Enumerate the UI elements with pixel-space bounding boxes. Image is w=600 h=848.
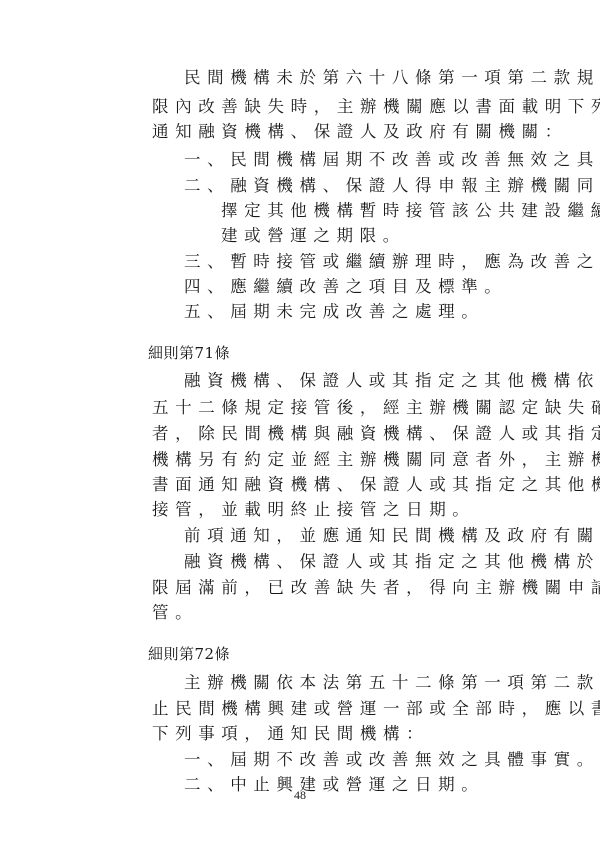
paragraph-line: 機構另有約定並經主辦機關同意者外，主辦機關應以 (152, 449, 532, 471)
paragraph-line: 接管，並載明終止接管之日期。 (152, 499, 532, 521)
paragraph-line: 者，除民間機構與融資機構、保證人或其指定之其他 (152, 423, 532, 445)
page-number: 48 (0, 788, 600, 803)
paragraph-line: 書面通知融資機構、保證人或其指定之其他機構終止 (152, 474, 532, 496)
document-page: 民間機構未於第六十八條第一項第二款規定之期 限內改善缺失時，主辦機關應以書面載明… (0, 0, 600, 848)
list-item: 三、暫時接管或繼續辦理時，應為改善之期限。 (184, 251, 564, 273)
paragraph-line: 管。 (152, 602, 532, 624)
list-item: 一、屆期不改善或改善無效之具體事實。 (184, 749, 564, 771)
paragraph-line: 五十二條規定接管後，經主辦機關認定缺失確已改善 (152, 397, 532, 419)
paragraph-line: 前項通知，並應通知民間機構及政府有關機關。 (184, 525, 564, 547)
paragraph-line: 主辦機關依本法第五十二條第一項第二款規定中 (184, 672, 564, 694)
article-heading: 細則第72條 (148, 644, 230, 664)
paragraph-line: 民間機構未於第六十八條第一項第二款規定之期 (184, 67, 564, 89)
paragraph-line: 限內改善缺失時，主辦機關應以書面載明下列事項， (152, 96, 532, 118)
list-item: 五、屆期未完成改善之處理。 (184, 301, 564, 323)
list-item: 一、民間機構屆期不改善或改善無效之具體事實。 (184, 149, 564, 171)
paragraph-line: 融資機構、保證人或其指定之其他機構依本法第 (184, 370, 564, 392)
paragraph-line: 通知融資機構、保證人及政府有關機關： (152, 121, 532, 143)
article-heading: 細則第71條 (148, 343, 230, 363)
paragraph-line: 止民間機構興建或營運一部或全部時，應以書面載明 (152, 698, 532, 720)
list-item-continuation: 擇定其他機構暫時接管該公共建設繼續辦理興 (221, 200, 600, 222)
list-item: 二、融資機構、保證人得申報主辦機關同意自行或 (184, 175, 564, 197)
list-item-continuation: 建或營運之期限。 (221, 225, 600, 247)
paragraph-line: 融資機構、保證人或其指定之其他機構於改善期 (184, 551, 564, 573)
paragraph-line: 限屆滿前，已改善缺失者，得向主辦機關申請終止接 (152, 577, 532, 599)
list-item: 四、應繼續改善之項目及標準。 (184, 276, 564, 298)
paragraph-line: 下列事項，通知民間機構： (152, 723, 532, 745)
